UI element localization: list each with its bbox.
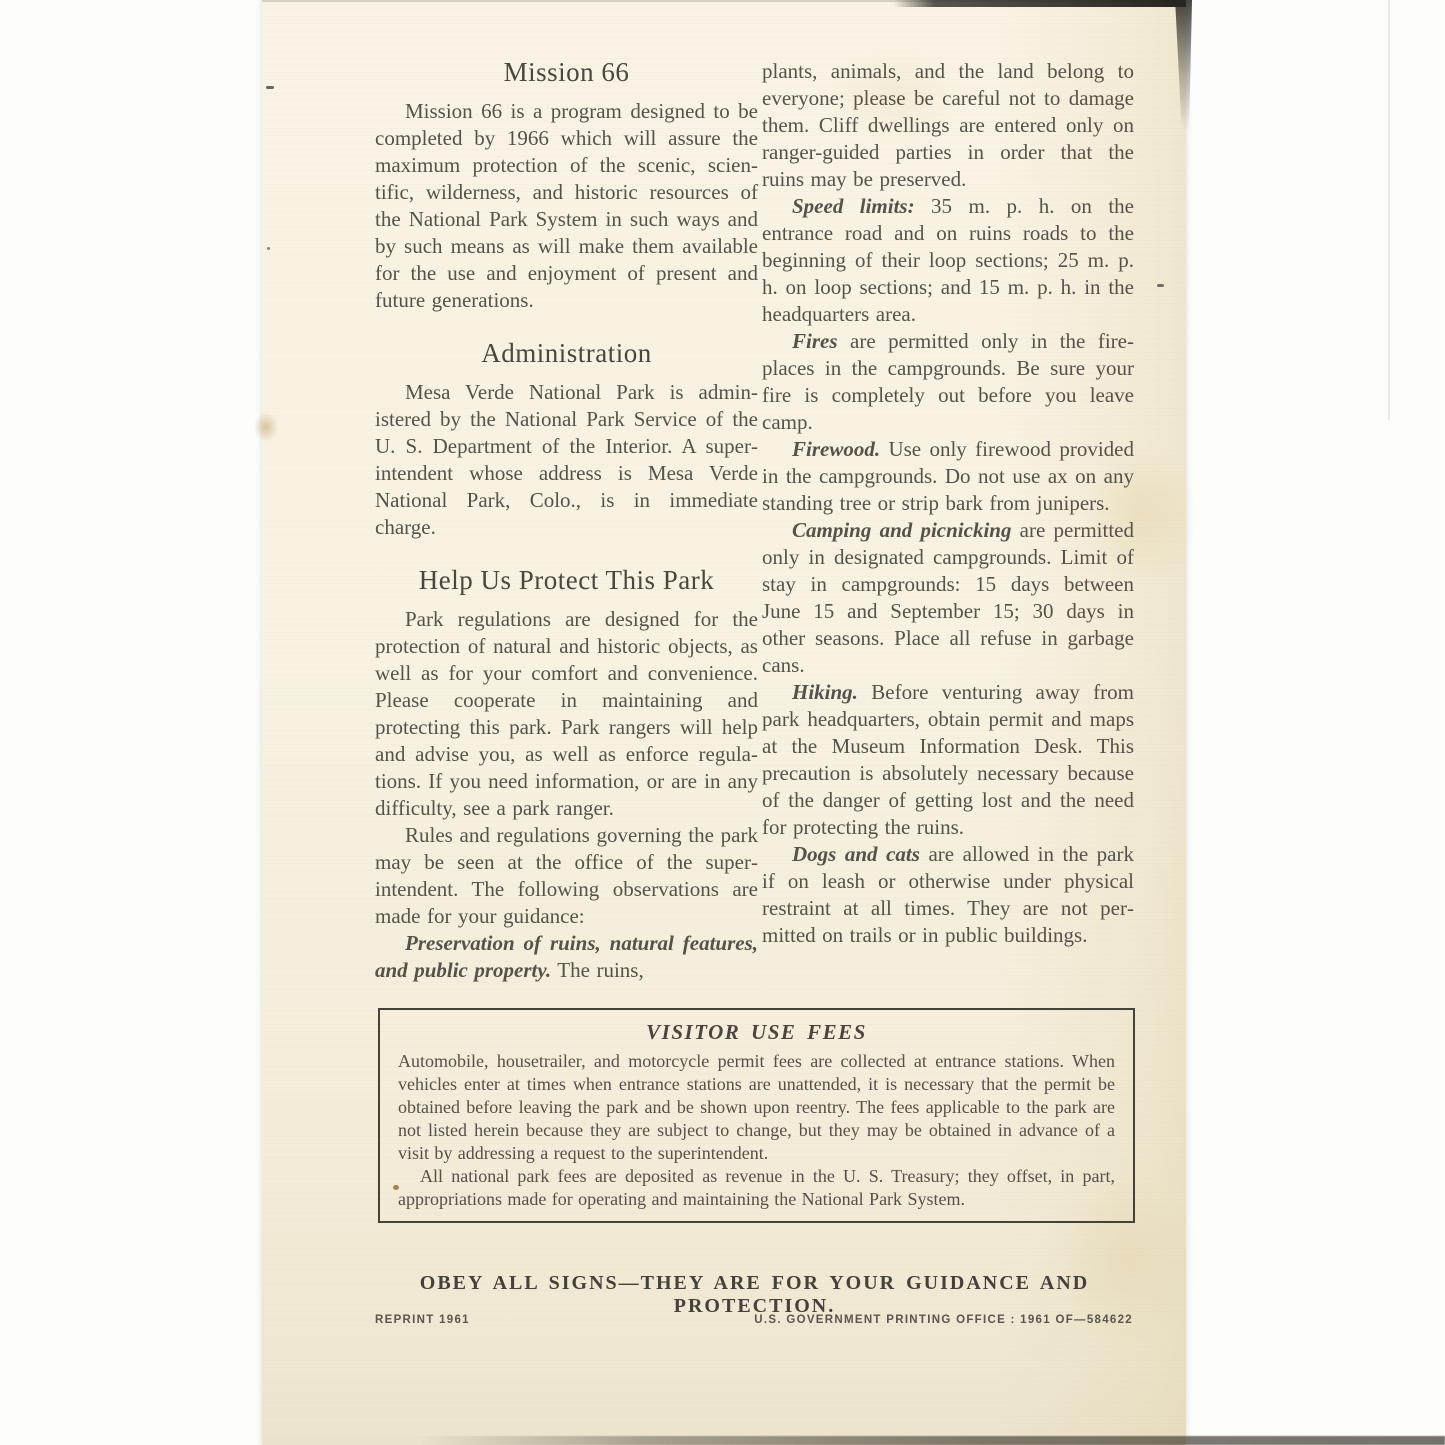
paragraph: Speed limits: 35 m. p. h. on the entranc…	[762, 193, 1134, 328]
scanned-brochure-page: Mission 66Mission 66 is a program design…	[0, 0, 1445, 1445]
paragraph: Mission 66 is a program designed to be c…	[375, 98, 758, 314]
section-heading: Mission 66	[375, 56, 758, 88]
paragraph: plants, animals, and the land belong to …	[762, 58, 1134, 193]
printing-office-note: U.S. GOVERNMENT PRINTING OFFICE : 1961 O…	[754, 1314, 1133, 1326]
scan-artifact-bottom-band	[420, 1436, 1445, 1445]
paragraph-lead: Firewood.	[792, 437, 880, 461]
section-heading: Administration	[375, 337, 758, 369]
section-heading: Help Us Protect This Park	[375, 564, 758, 596]
paragraph-lead: Dogs and cats	[792, 842, 920, 866]
paragraph-lead: Preservation of ruins, natural fea­tures…	[375, 931, 758, 982]
paragraph-lead: Fires	[792, 329, 838, 353]
text-column-right: plants, animals, and the land belong to …	[762, 58, 1134, 949]
paragraph-lead: Hiking.	[792, 680, 858, 704]
paragraph: Rules and regulations governing the park…	[375, 822, 758, 930]
paragraph: Dogs and cats are allowed in the park if…	[762, 841, 1134, 949]
paragraph: Firewood. Use only firewood provided in …	[762, 436, 1134, 517]
paragraph: Automobile, housetrailer, and motorcycle…	[398, 1050, 1115, 1165]
paragraph: Park regulations are designed for the pr…	[375, 606, 758, 822]
paragraph-lead: Camping and picnicking	[792, 518, 1011, 542]
paragraph: Mesa Verde National Park is admin­istere…	[375, 379, 758, 541]
scan-artifact-top-bar	[893, 0, 1186, 7]
paragraph: Camping and picnicking are permitted onl…	[762, 517, 1134, 679]
reprint-note: REPRINT 1961	[375, 1314, 470, 1326]
fees-box-title: VISITOR USE FEES	[398, 1020, 1115, 1045]
visitor-use-fees-box: VISITOR USE FEES Automobile, housetraile…	[378, 1008, 1135, 1223]
paragraph: Preservation of ruins, natural fea­tures…	[375, 930, 758, 984]
paragraph: Fires are permitted only in the fire­pla…	[762, 328, 1134, 436]
obey-signs-notice: OBEY ALL SIGNS—THEY ARE FOR YOUR GUIDANC…	[372, 1272, 1137, 1318]
paragraph: All national park fees are deposited as …	[398, 1165, 1115, 1211]
text-column-left: Mission 66Mission 66 is a program design…	[375, 56, 758, 984]
paragraph: Hiking. Before venturing away from park …	[762, 679, 1134, 841]
fees-box-body: Automobile, housetrailer, and motorcycle…	[398, 1050, 1115, 1211]
paragraph-lead: Speed limits:	[792, 194, 915, 218]
